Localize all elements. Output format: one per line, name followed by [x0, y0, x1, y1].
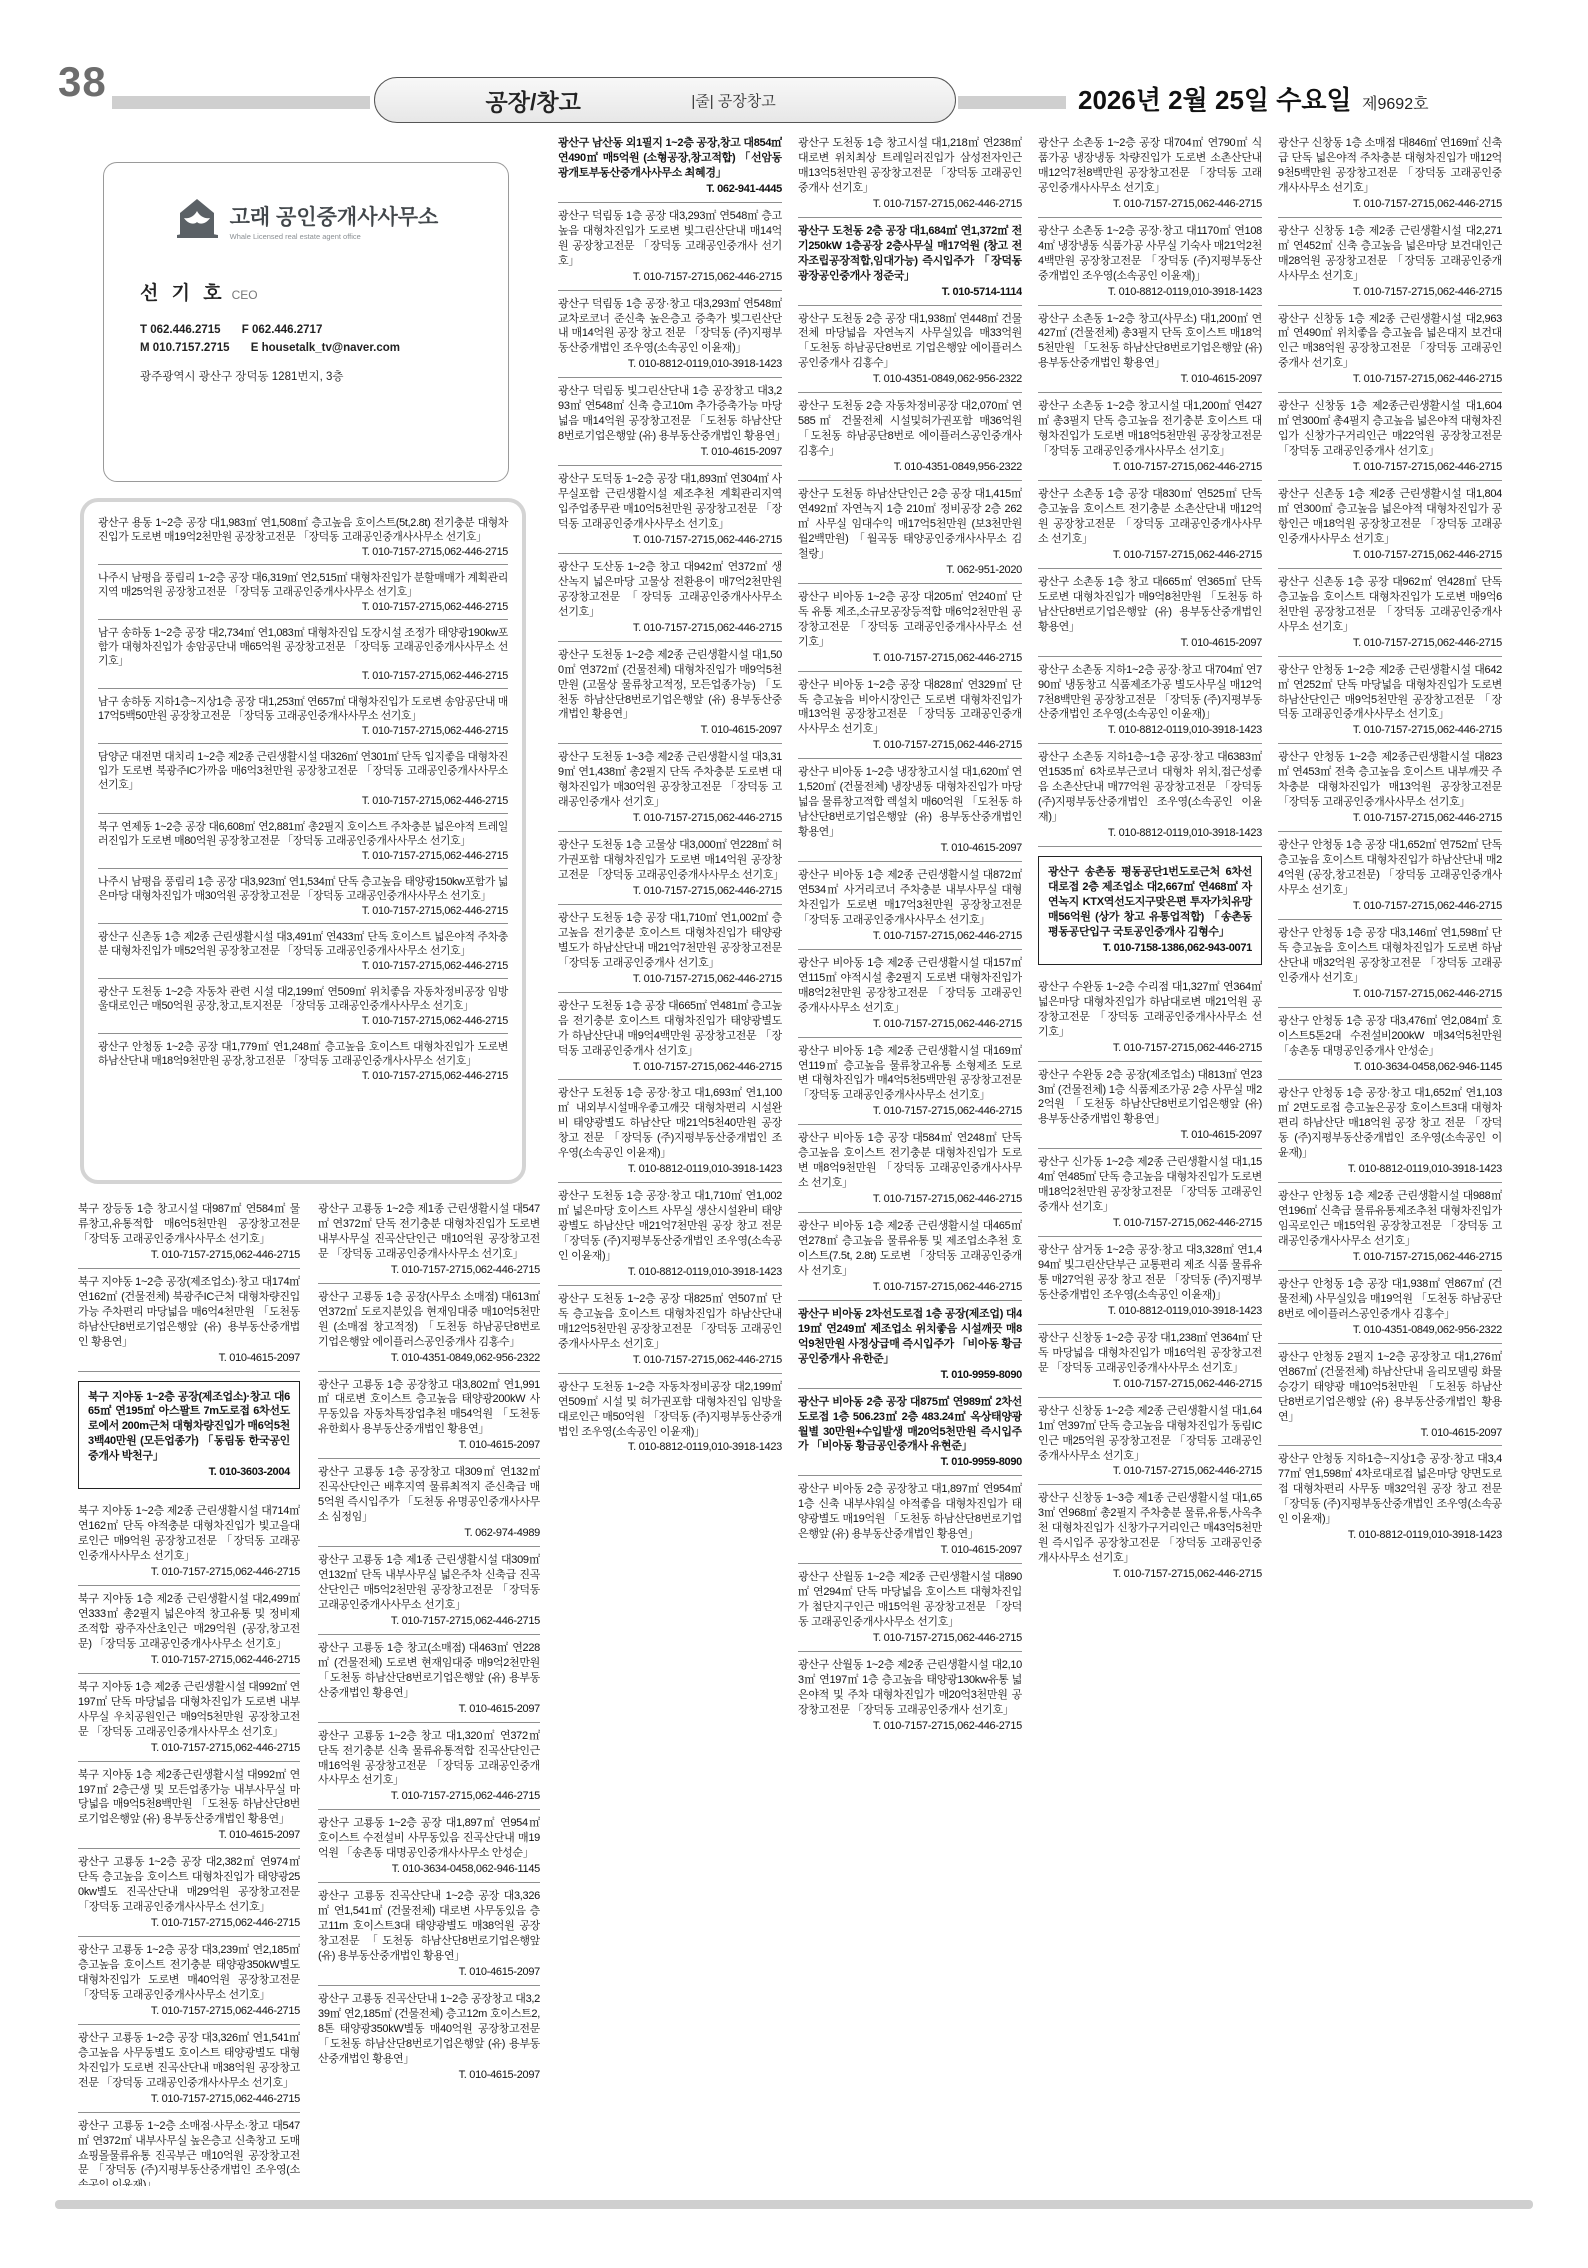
classified-ad: 광산구 고룡동 1층 공장(사무소 소매점) 대613㎡ 연372㎡ 도로지분있…: [318, 1284, 540, 1372]
ad-phone: T. 010-7157-2715,062-446-2715: [798, 197, 1022, 212]
ad-text: 광산구 신창동 1층 제2종 근린생활시설 대2,963㎡ 연490㎡ 위치좋음…: [1278, 313, 1502, 370]
ad-text: 광산구 산월동 1~2층 제2종 근린생활시설 대890㎡ 연294㎡ 단독 마…: [798, 1571, 1022, 1628]
ad-phone: T. 010-7157-2715,062-446-2715: [98, 904, 508, 918]
ad-phone: T. 010-7157-2715,062-446-2715: [1038, 548, 1262, 563]
classified-ad: 북구 지야동 1층 제2종 근린생활시설 대992㎡ 연197㎡ 단독 마당넓음…: [78, 1674, 300, 1762]
ad-text: 북구 지야동 1층 제2종 근린생활시설 대2,499㎡ 연333㎡ 총2필지 …: [78, 1593, 300, 1650]
whale-house-logo-icon: [174, 197, 220, 244]
ad-text: 광산구 비아동 1~2층 공장 대828㎡ 연329㎡ 단독 층고높음 비아시장…: [798, 679, 1022, 736]
classified-ad: 광산구 안청동 1층 공장 대3,476㎡ 연2,084㎡ 호이스트5톤2대 수…: [1278, 1008, 1502, 1081]
card-fax: F 062.446.2717: [242, 324, 323, 336]
ad-text: 광산구 수완동 1~2층 수리점 대1,327㎡ 연364㎡ 넓은마당 대형차진…: [1038, 981, 1262, 1038]
ad-phone: T. 010-4351-0849,062-956-2322: [1278, 1323, 1502, 1338]
classified-ad: 광산구 안청동 1층 공장 대1,938㎡ 연867㎡ (건물전체) 사무실있음…: [1278, 1271, 1502, 1344]
classified-ad: 광산구 수완동 1~2층 수리점 대1,327㎡ 연364㎡ 넓은마당 대형차진…: [1038, 974, 1262, 1062]
classified-ad: 광산구 도천동 1~2층 자동차정비공장 대2,199㎡ 연509㎡ 시설 및 …: [558, 1374, 782, 1461]
ad-text: 광산구 안청동 1층 공장 대3,476㎡ 연2,084㎡ 호이스트5톤2대 수…: [1278, 1015, 1502, 1057]
classified-ad: 북구 연제동 1~2층 공장 대6,608㎡ 연2,881㎡ 총2필지 호이스트…: [98, 814, 508, 869]
classified-ad: 광산구 남산동 외1필지 1~2층 공장,창고 대854㎡ 연490㎡ 매5억원…: [558, 130, 782, 203]
newspaper-page: 38 공장/창고 |줄| 공장창고 2026년 2월 25일 수요일 제9692…: [0, 0, 1588, 2268]
ad-phone: T. 010-7157-2715,062-446-2715: [1038, 1041, 1262, 1056]
ad-phone: T. 010-8812-0119,010-3918-1423: [1038, 285, 1262, 300]
ad-text: 광산구 안청동 1층 공장 대3,146㎡ 연1,598㎡ 단독 층고높음 호이…: [1278, 927, 1502, 984]
classified-ad: 북구 장등동 1층 창고시설 대987㎡ 연584㎡ 물류창고,유통적합 매6억…: [78, 1196, 300, 1269]
classified-ad: 광산구 비아동 1~2층 공장 대828㎡ 연329㎡ 단독 층고높음 비아시장…: [798, 672, 1022, 760]
ad-phone: T. 010-7157-2715,062-446-2715: [318, 1614, 540, 1629]
ad-text: 남구 송하동 지하1층~지상1층 공장 대1,253㎡ 연657㎡ 대형차진입가…: [98, 696, 508, 722]
ad-text: 광산구 신촌동 1층 제2종 근린생활시설 대3,491㎡ 연433㎡ 단독 호…: [98, 931, 508, 957]
classified-ad: 북구 지야동 1~2층 공장(제조업소)·창고 대174㎡ 연162㎡ (건물전…: [78, 1269, 300, 1372]
ad-phone: T. 010-7157-2715,062-446-2715: [798, 929, 1022, 944]
ad-text: 광산구 고룡동 1~2층 창고 대1,320㎡ 연372㎡ 단독 전기충분 신축…: [318, 1730, 540, 1787]
column-2: 광산구 고룡동 1~2층 제1종 근린생활시설 대547㎡ 연372㎡ 단독 전…: [318, 1196, 540, 2186]
ad-text: 북구 지야동 1층 제2종 근린생활시설 대992㎡ 연197㎡ 단독 마당넓음…: [78, 1681, 300, 1738]
ad-phone: T. 010-7157-2715,062-446-2715: [1278, 636, 1502, 651]
classified-ad: 광산구 신창동 1~3층 제1종 근린생활시설 대1,653㎡ 연968㎡ 총2…: [1038, 1485, 1262, 1587]
ad-phone: T. 010-7157-2715,062-446-2715: [78, 2004, 300, 2019]
ad-text: 광산구 비아동 1~2층 냉장창고시설 대1,620㎡ 연1,520㎡ (건물전…: [798, 766, 1022, 838]
ad-text: 광산구 고룡동 1~2층 제1종 근린생활시설 대547㎡ 연372㎡ 단독 전…: [318, 1203, 540, 1260]
ad-text: 광산구 소촌동 1~2층 공장·창고 대1170㎡ 연1084㎡ 냉장냉동 식품…: [1038, 225, 1262, 282]
ad-phone: T. 010-7157-2715,062-446-2715: [98, 1014, 508, 1028]
ad-text: 광산구 소촌동 1층 창고 대665㎡ 연365㎡ 단독 도로변 대형차진입가 …: [1038, 576, 1262, 633]
ad-text: 광산구 고룡동 1층 공장창고 대3,802㎡ 연1,991㎡ 대로변 호이스트…: [318, 1379, 540, 1436]
footer-rule: [55, 2200, 1533, 2209]
ad-phone: T. 010-7157-2715,062-446-2715: [98, 1069, 508, 1083]
ad-text: 광산구 안청동 1층 공장 대1,938㎡ 연867㎡ (건물전체) 사무실있음…: [1278, 1278, 1502, 1320]
header-rule-right: [958, 96, 1066, 109]
ad-phone: T. 010-7157-2715,062-446-2715: [558, 621, 782, 636]
ad-phone: T. 010-7157-2715,062-446-2715: [1278, 285, 1502, 300]
ad-text: 광산구 도천동 2층 공장 대1,938㎡ 연448㎡ 건물전체 마당넓음 자연…: [798, 313, 1022, 370]
classified-ad: 나주시 남평읍 풍림리 1층 공장 대3,923㎡ 연1,534㎡ 단독 층고높…: [98, 869, 508, 924]
agency-name: 고래 공인중개사사무소: [230, 201, 439, 231]
ceo-name: 선 기 호: [140, 283, 226, 304]
classified-ad: 광산구 안청동 지하1층~지상1층 공장·창고 대3,477㎡ 연1,598㎡ …: [1278, 1446, 1502, 1548]
ad-phone: T. 010-4615-2097: [78, 1351, 300, 1366]
ad-text: 광산구 고룡동 1층 공장창고 대309㎡ 연132㎡ 진곡산단인근 배후지역 …: [318, 1466, 540, 1523]
ad-text: 나주시 남평읍 풍림리 1~2층 공장 대6,319㎡ 연2,515㎡ 대형차진…: [98, 572, 508, 598]
classified-ad: 광산구 신촌동 1층 제2종 근린생활시설 대1,804㎡ 연300㎡ 층고높음…: [1278, 481, 1502, 569]
ad-phone: T. 010-7157-2715,062-446-2715: [558, 884, 782, 899]
column-3: 광산구 남산동 외1필지 1~2층 공장,창고 대854㎡ 연490㎡ 매5억원…: [558, 130, 782, 2186]
ad-text: 광산구 안청동 1층 공장·창고 대1,652㎡ 연1,103㎡ 2면도로접 층…: [1278, 1087, 1502, 1159]
ad-text: 광산구 도천동 1~2층 공장 대825㎡ 연507㎡ 단독 층고높음 호이스트…: [558, 1293, 782, 1350]
ad-text: 광산구 도천동 1층 공장·창고 대1,693㎡ 연1,100㎡ 내외부시설매우…: [558, 1087, 782, 1159]
classified-ad: 담양군 대전면 대치리 1~2층 제2종 근린생활시설 대326㎡ 연301㎡ …: [98, 744, 508, 813]
classified-ad: 광산구 비아동 1층 공장 대584㎡ 연248㎡ 단독 층고높음 호이스트 전…: [798, 1125, 1022, 1213]
ad-text: 광산구 소촌동 1~2층 창고시설 대1,200㎡ 연427㎡ 총3필지 단독 …: [1038, 400, 1262, 457]
ad-phone: T. 010-7157-2715,062-446-2715: [98, 669, 508, 683]
ad-phone: T. 010-8812-0119,010-3918-1423: [1038, 826, 1262, 841]
ad-phone: T. 010-7157-2715,062-446-2715: [98, 545, 508, 559]
classified-ad: 광산구 소촌동 1층 공장 대830㎡ 연525㎡ 단독 층고높음 호이스트 전…: [1038, 481, 1262, 569]
section-title: 공장/창고: [375, 84, 691, 117]
classified-ad: 광산구 소촌동 지하1층~1층 공장·창고 대6383㎡ 연1535㎡ 6차로부…: [1038, 744, 1262, 847]
ad-phone: T. 010-9959-8090: [798, 1368, 1022, 1383]
ad-phone: T. 010-7157-2715,062-446-2715: [558, 1060, 782, 1075]
classified-ad: 광산구 소촌동 1층 창고 대665㎡ 연365㎡ 단독 도로변 대형차진입가 …: [1038, 569, 1262, 657]
ad-text: 광산구 도천동 1층 공장·창고 대1,710㎡ 연1,002㎡ 넓은마당 호이…: [558, 1190, 782, 1262]
ad-phone: T. 010-7157-2715,062-446-2715: [798, 1104, 1022, 1119]
ad-text: 광산구 도천동 1~3층 제2종 근린생활시설 대3,319㎡ 연1,438㎡ …: [558, 751, 782, 808]
ad-phone: T. 010-7157-2715,062-446-2715: [558, 972, 782, 987]
classified-ad: 광산구 도천동 1층 창고시설 대1,218㎡ 연238㎡ 대로변 위치최상 트…: [798, 130, 1022, 218]
classified-ad: 광산구 산월동 1~2층 제2종 근린생활시설 대890㎡ 연294㎡ 단독 마…: [798, 1564, 1022, 1652]
ad-text: 광산구 신창동 1~2층 공장 대1,238㎡ 연364㎡ 단독 마당넓음 대형…: [1038, 1332, 1262, 1374]
ad-phone: T. 010-4615-2097: [1038, 372, 1262, 387]
ad-phone: T. 010-7157-2715,062-446-2715: [798, 1719, 1022, 1734]
ad-phone: T. 010-7157-2715,062-446-2715: [798, 1017, 1022, 1032]
classified-ad: 광산구 소촌동 1~2층 공장·창고 대1170㎡ 연1084㎡ 냉장냉동 식품…: [1038, 218, 1262, 306]
ad-phone: T. 010-7157-2715,062-446-2715: [558, 533, 782, 548]
featured-ads-box: 광산구 용동 1~2층 공장 대1,983㎡ 연1,508㎡ 층고높음 호이스트…: [80, 498, 526, 1184]
classified-ad: 광산구 고룡동 1~2층 공장 대2,382㎡ 연974㎡ 단독 층고높음 호이…: [78, 1849, 300, 1937]
classified-ad: 광산구 도천동 2층 자동차정비공장 대2,070㎡ 연585㎡ 건물전체 시설…: [798, 393, 1022, 481]
classified-ad: 광산구 고룡동 1~2층 공장 대3,326㎡ 연1,541㎡ 층고높음 사무동…: [78, 2025, 300, 2113]
ad-text: 광산구 안청동 지하1층~지상1층 공장·창고 대3,477㎡ 연1,598㎡ …: [1278, 1453, 1502, 1525]
ad-text: 광산구 소촌동 1층 공장 대830㎡ 연525㎡ 단독 층고높음 호이스트 전…: [1038, 488, 1262, 545]
ad-text: 광산구 송촌동 평동공단1번도로근처 6차선 대로접 2층 제조업소 대2,66…: [1048, 866, 1252, 938]
ad-text: 광산구 신촌동 1층 제2종 근린생활시설 대1,804㎡ 연300㎡ 층고높음…: [1278, 488, 1502, 545]
classified-ad: 광산구 고룡동 진곡산단내 1~2층 공장창고 대3,239㎡ 연2,185㎡ …: [318, 1986, 540, 2088]
classified-ad: 광산구 신창동 1~2층 제2종 근린생활시설 대1,641㎡ 연397㎡ 단독…: [1038, 1398, 1262, 1486]
business-card-ad: 고래 공인중개사사무소 Whale Licensed real estate a…: [103, 162, 509, 482]
ad-text: 담양군 대전면 대치리 1~2층 제2종 근린생활시설 대326㎡ 연301㎡ …: [98, 751, 508, 791]
classified-ad: 광산구 소촌동 1~2층 창고(사무소) 대1,200㎡ 연427㎡ (건물전체…: [1038, 306, 1262, 394]
ad-phone: T. 010-7157-2715,062-446-2715: [1278, 548, 1502, 563]
ad-phone: T. 010-7157-2715,062-446-2715: [558, 811, 782, 826]
ad-phone: T. 010-4615-2097: [558, 723, 782, 738]
classified-ad: 광산구 신촌동 1층 공장 대962㎡ 연428㎡ 단독 층고높음 호이스트 대…: [1278, 569, 1502, 657]
ad-text: 북구 지야동 1~2층 제2종 근린생활시설 대714㎡ 연162㎡ 단독 야적…: [78, 1505, 300, 1562]
classified-ad: 북구 지야동 1~2층 제2종 근린생활시설 대714㎡ 연162㎡ 단독 야적…: [78, 1498, 300, 1586]
classified-ad: 광산구 고룡동 1층 제1종 근린생활시설 대309㎡ 연132㎡ 단독 내부사…: [318, 1547, 540, 1635]
ad-text: 광산구 안청동 1~2층 제2종 근린생활시설 대642㎡ 연252㎡ 단독 마…: [1278, 664, 1502, 721]
ad-text: 광산구 삼거동 1~2층 공장·창고 대3,328㎡ 연1,494㎡ 빛그린산단…: [1038, 1244, 1262, 1301]
card-mobile: M 010.7157.2715: [140, 342, 230, 354]
card-email: E housetalk_tv@naver.com: [251, 342, 400, 354]
ad-phone: T. 010-4615-2097: [318, 1965, 540, 1980]
ad-phone: T. 010-7157-2715,062-446-2715: [798, 738, 1022, 753]
classified-ad: 광산구 비아동 1층 제2종 근린생활시설 대465㎡ 연278㎡ 층고높음 물…: [798, 1213, 1022, 1301]
ad-phone: T. 010-7157-2715,062-446-2715: [1038, 460, 1262, 475]
ad-text: 북구 장등동 1층 창고시설 대987㎡ 연584㎡ 물류창고,유통적합 매6억…: [78, 1203, 300, 1245]
classified-ad: 광산구 비아동 2층 공장 대875㎡ 연989㎡ 2차선도로접 1층 506.…: [798, 1389, 1022, 1477]
classified-ad: 나주시 남평읍 풍림리 1~2층 공장 대6,319㎡ 연2,515㎡ 대형차진…: [98, 565, 508, 620]
ad-phone: T. 010-7157-2715,062-446-2715: [78, 1565, 300, 1580]
ad-text: 광산구 안청동 2필지 1~2층 공장창고 대1,276㎡ 연867㎡ (건물전…: [1278, 1351, 1502, 1423]
classified-ad: 광산구 신창동 1층 제2종 근린생활시설 대2,963㎡ 연490㎡ 위치좋음…: [1278, 306, 1502, 394]
classified-ad: 광산구 비아동 1~2층 냉장창고시설 대1,620㎡ 연1,520㎡ (건물전…: [798, 759, 1022, 862]
ad-phone: T. 010-7157-2715,062-446-2715: [1038, 1464, 1262, 1479]
classified-ad: 광산구 신창동 1층 소매점 대846㎡ 연169㎡ 신축급 단독 넓은야적 주…: [1278, 130, 1502, 218]
date-line: 2026년 2월 25일 수요일 제9692호: [1078, 80, 1429, 117]
ad-phone: T. 010-4351-0849,956-2322: [798, 460, 1022, 475]
ad-phone: T. 010-7157-2715,062-446-2715: [1038, 1567, 1262, 1582]
classified-ad: 광산구 신촌동 1층 제2종 근린생활시설 대3,491㎡ 연433㎡ 단독 호…: [98, 924, 508, 979]
ad-phone: T. 010-8812-0119,010-3918-1423: [1038, 1304, 1262, 1319]
ad-text: 광산구 도천동 1~2층 자동차정비공장 대2,199㎡ 연509㎡ 시설 및 …: [558, 1381, 782, 1438]
ad-phone: T. 010-4615-2097: [798, 1543, 1022, 1558]
ad-phone: T. 010-7157-2715,062-446-2715: [78, 1653, 300, 1668]
ad-text: 광산구 고룡동 진곡산단내 1~2층 공장창고 대3,239㎡ 연2,185㎡ …: [318, 1993, 540, 2065]
classified-ad: 광산구 비아동 2층 공장창고 대1,897㎡ 연954㎡ 1층 신축 내부샤워…: [798, 1476, 1022, 1564]
ad-phone: T. 010-7158-1386,062-943-0071: [1048, 941, 1252, 956]
classified-ad: 광산구 고룡동 1층 창고(소매점) 대463㎡ 연228㎡ (건물전체) 도로…: [318, 1635, 540, 1723]
ad-phone: T. 010-7157-2715,062-446-2715: [1278, 987, 1502, 1002]
ad-text: 광산구 신가동 1~2층 제2종 근린생활시설 대1,154㎡ 연485㎡ 단독…: [1038, 1156, 1262, 1213]
ad-text: 광산구 비아동 1층 제2종 근린생활시설 대465㎡ 연278㎡ 층고높음 물…: [798, 1220, 1022, 1277]
ad-phone: T. 062-941-4445: [558, 182, 782, 197]
classified-ad: 광산구 비아동 1층 제2종 근린생활시설 대872㎡ 연534㎡ 사거리코너 …: [798, 862, 1022, 950]
ad-text: 광산구 도덕동 1~2층 공장 대1,893㎡ 연304㎡ 사무실포함 근린생활…: [558, 473, 782, 530]
ad-phone: T. 010-7157-2715,062-446-2715: [98, 959, 508, 973]
ad-text: 광산구 소촌동 지하1~2층 공장·창고 대704㎡ 연790㎡ 냉동창고 식품…: [1038, 664, 1262, 721]
agency-name-en: Whale Licensed real estate agent office: [230, 232, 439, 241]
ad-phone: T. 010-8812-0119,010-3918-1423: [558, 357, 782, 372]
ad-text: 광산구 비아동 1층 제2종 근린생활시설 대157㎡ 연115㎡ 야적시설 총…: [798, 957, 1022, 1014]
classified-ad: 광산구 도천동 1층 공장·창고 대1,710㎡ 연1,002㎡ 넓은마당 호이…: [558, 1183, 782, 1286]
ad-phone: T. 010-7157-2715,062-446-2715: [558, 270, 782, 285]
classified-ad: 북구 지야동 1층 제2종근린생활시설 대992㎡ 연197㎡ 2층근생 및 모…: [78, 1762, 300, 1850]
ad-text: 광산구 용동 1~2층 공장 대1,983㎡ 연1,508㎡ 층고높음 호이스트…: [98, 517, 508, 543]
issue-date: 2026년 2월 25일 수요일: [1078, 85, 1352, 115]
classified-ad: 광산구 도덕동 1~2층 공장 대1,893㎡ 연304㎡ 사무실포함 근린생활…: [558, 466, 782, 554]
ad-phone: T. 010-3634-0458,062-946-1145: [318, 1862, 540, 1877]
classified-ad: 광산구 안청동 1층 공장 대1,652㎡ 연752㎡ 단독 층고높음 호이스트…: [1278, 832, 1502, 920]
ad-phone: T. 010-8812-0119,010-3918-1423: [558, 1265, 782, 1280]
classified-ad: 광산구 안청동 1~2층 제2종 근린생활시설 대642㎡ 연252㎡ 단독 마…: [1278, 657, 1502, 745]
classified-ad: 광산구 도천동 1층 공장 대1,710㎡ 연1,002㎡ 층고높음 전기충분 …: [558, 905, 782, 993]
classified-ad: 광산구 신창동 1층 제2종근린생활시설 대1,604㎡ 연300㎡ 총4필지 …: [1278, 393, 1502, 481]
ad-text: 광산구 비아동 2층 공장창고 대1,897㎡ 연954㎡ 1층 신축 내부샤워…: [798, 1483, 1022, 1540]
ad-text: 광산구 도천동 1층 공장 대1,710㎡ 연1,002㎡ 층고높음 전기충분 …: [558, 912, 782, 969]
ad-text: 광산구 도천동 하남산단인근 2층 공장 대1,415㎡ 연492㎡ 자연녹지 …: [798, 488, 1022, 560]
ad-phone: T. 010-7157-2715,062-446-2715: [798, 1192, 1022, 1207]
ad-phone: T. 010-7157-2715,062-446-2715: [1278, 723, 1502, 738]
ad-text: 광산구 덕림동 빛그린산단내 1층 공장창고 대3,293㎡ 연548㎡ 신축 …: [558, 385, 782, 442]
classified-ad: 광산구 신창동 1~2층 공장 대1,238㎡ 연364㎡ 단독 마당넓음 대형…: [1038, 1325, 1262, 1398]
ad-phone: T. 010-7157-2715,062-446-2715: [1278, 460, 1502, 475]
ad-text: 광산구 신창동 1층 제2종근린생활시설 대1,604㎡ 연300㎡ 총4필지 …: [1278, 400, 1502, 457]
classified-ad: 광산구 고룡동 1층 공장창고 대3,802㎡ 연1,991㎡ 대로변 호이스트…: [318, 1372, 540, 1460]
ad-text: 광산구 신창동 1~3층 제1종 근린생활시설 대1,653㎡ 연968㎡ 총2…: [1038, 1492, 1262, 1564]
ad-text: 광산구 고룡동 1층 창고(소매점) 대463㎡ 연228㎡ (건물전체) 도로…: [318, 1642, 540, 1699]
classified-ad: 광산구 도천동 하남산단인근 2층 공장 대1,415㎡ 연492㎡ 자연녹지 …: [798, 481, 1022, 584]
classified-ad: 광산구 삼거동 1~2층 공장·창고 대3,328㎡ 연1,494㎡ 빛그린산단…: [1038, 1237, 1262, 1325]
ad-text: 광산구 도천동 2층 공장 대1,684㎡ 연1,372㎡ 전기250kW 1층…: [798, 225, 1022, 282]
ad-text: 광산구 고룡동 1~2층 소매점·사무소·창고 대547㎡ 연372㎡ 내부사무…: [78, 2120, 300, 2186]
page-number: 38: [58, 58, 107, 106]
ad-phone: T. 010-7157-2715,062-446-2715: [1278, 1250, 1502, 1265]
classified-ad: 광산구 도천동 2층 공장 대1,938㎡ 연448㎡ 건물전체 마당넓음 자연…: [798, 306, 1022, 394]
classified-ad: 광산구 고룡동 1~2층 제1종 근린생활시설 대547㎡ 연372㎡ 단독 전…: [318, 1196, 540, 1284]
classified-ad: 광산구 고룡동 1~2층 소매점·사무소·창고 대547㎡ 연372㎡ 내부사무…: [78, 2113, 300, 2186]
ad-phone: T. 010-7157-2715,062-446-2715: [98, 600, 508, 614]
ad-text: 북구 지야동 1~2층 공장(제조업소)·창고 대174㎡ 연162㎡ (건물전…: [78, 1276, 300, 1348]
ad-text: 광산구 도천동 1층 고물상 대3,000㎡ 연228㎡ 허가권포함 대형차진입…: [558, 839, 782, 881]
classified-ad: 광산구 비아동 1층 제2종 근린생활시설 대169㎡ 연119㎡ 층고높음 물…: [798, 1038, 1022, 1126]
classified-ad: 광산구 도천동 1층 고물상 대3,000㎡ 연228㎡ 허가권포함 대형차진입…: [558, 832, 782, 905]
classified-ad: 광산구 도천동 1~3층 제2종 근린생활시설 대3,319㎡ 연1,438㎡ …: [558, 744, 782, 832]
ad-phone: T. 010-7157-2715,062-446-2715: [318, 1263, 540, 1278]
classified-ad: 광산구 안청동 1~2층 제2종근린생활시설 대823㎡ 연453㎡ 전축 층고…: [1278, 744, 1502, 832]
classified-ad: 광산구 도산동 1~2층 창고 대942㎡ 연372㎡ 생산녹지 넓은마당 고물…: [558, 554, 782, 642]
card-tel: T 062.446.2715: [140, 324, 221, 336]
classified-ad: 광산구 도천동 1~2층 자동차 관련 시설 대2,199㎡ 연509㎡ 위치좋…: [98, 979, 508, 1034]
classified-ad: 광산구 도천동 1~2층 제2종 근린생활시설 대1,500㎡ 연372㎡ (건…: [558, 642, 782, 745]
ad-phone: T. 010-4615-2097: [1278, 1426, 1502, 1441]
ad-phone: T. 010-8812-0119,010-3918-1423: [558, 1440, 782, 1455]
ad-phone: T. 010-7157-2715,062-446-2715: [1038, 197, 1262, 212]
ad-text: 광산구 신창동 1층 소매점 대846㎡ 연169㎡ 신축급 단독 넓은야적 주…: [1278, 137, 1502, 194]
ad-text: 광산구 비아동 1층 제2종 근린생활시설 대872㎡ 연534㎡ 사거리코너 …: [798, 869, 1022, 926]
classified-ad: 광산구 용동 1~2층 공장 대1,983㎡ 연1,508㎡ 층고높음 호이스트…: [98, 510, 508, 565]
ad-text: 광산구 소촌동 지하1층~1층 공장·창고 대6383㎡ 연1535㎡ 6차로부…: [1038, 751, 1262, 823]
ad-text: 북구 지야동 1~2층 공장(제조업소)·창고 대665㎡ 연195㎡ 아스팔트…: [88, 1391, 290, 1463]
ceo-title: CEO: [232, 288, 258, 302]
ad-phone: T. 010-4351-0849,062-956-2322: [318, 1351, 540, 1366]
classified-ad: 광산구 도천동 1~2층 공장 대825㎡ 연507㎡ 단독 층고높음 호이스트…: [558, 1286, 782, 1374]
ad-phone: T. 010-4615-2097: [318, 1438, 540, 1453]
ad-phone: T. 010-7157-2715,062-446-2715: [798, 1631, 1022, 1646]
ad-text: 광산구 안청동 1~2층 공장 대1,779㎡ 연1,248㎡ 층고높음 호이스…: [98, 1041, 508, 1067]
classified-ad: 광산구 고룡동 1층 공장창고 대309㎡ 연132㎡ 진곡산단인근 배후지역 …: [318, 1459, 540, 1547]
ad-phone: T. 062-951-2020: [798, 563, 1022, 578]
column-6: 광산구 신창동 1층 소매점 대846㎡ 연169㎡ 신축급 단독 넓은야적 주…: [1278, 130, 1502, 2186]
ad-phone: T. 010-7157-2715,062-446-2715: [78, 2092, 300, 2107]
ad-phone: T. 010-8812-0119,010-3918-1423: [1038, 723, 1262, 738]
ad-text: 광산구 신창동 1~2층 제2종 근린생활시설 대1,641㎡ 연397㎡ 단독…: [1038, 1405, 1262, 1462]
ad-phone: T. 010-7157-2715,062-446-2715: [558, 1353, 782, 1368]
ad-text: 광산구 비아동 1층 제2종 근린생활시설 대169㎡ 연119㎡ 층고높음 물…: [798, 1045, 1022, 1102]
classified-ad: 북구 지야동 1~2층 공장(제조업소)·창고 대665㎡ 연195㎡ 아스팔트…: [78, 1381, 300, 1490]
classified-ad: 광산구 도천동 2층 공장 대1,684㎡ 연1,372㎡ 전기250kW 1층…: [798, 218, 1022, 306]
classified-ad: 광산구 안청동 1층 제2종 근린생활시설 대988㎡ 연196㎡ 신축급 물류…: [1278, 1183, 1502, 1271]
ad-text: 광산구 비아동 2차선도로접 1층 공장(제조업) 대419㎡ 연249㎡ 제조…: [798, 1308, 1022, 1365]
ad-phone: T. 010-7157-2715,062-446-2715: [1038, 1216, 1262, 1231]
classified-ad: 광산구 안청동 2필지 1~2층 공장창고 대1,276㎡ 연867㎡ (건물전…: [1278, 1344, 1502, 1447]
ad-phone: T. 010-4615-2097: [558, 445, 782, 460]
classified-ad: 남구 송하동 지하1층~지상1층 공장 대1,253㎡ 연657㎡ 대형차진입가…: [98, 689, 508, 744]
ad-text: 북구 지야동 1층 제2종근린생활시설 대992㎡ 연197㎡ 2층근생 및 모…: [78, 1769, 300, 1826]
ad-text: 광산구 고룡동 1~2층 공장 대3,239㎡ 연2,185㎡ 층고높음 호이스…: [78, 1944, 300, 2001]
ad-text: 광산구 도천동 1~2층 자동차 관련 시설 대2,199㎡ 연509㎡ 위치좋…: [98, 986, 508, 1012]
ad-text: 광산구 고룡동 진곡산단내 1~2층 공장 대3,326㎡ 연1,541㎡ (건…: [318, 1890, 540, 1962]
classified-ad: 광산구 도천동 1층 공장 대665㎡ 연481㎡ 층고높음 전기충분 호이스트…: [558, 993, 782, 1081]
classified-ad: 북구 지야동 1층 제2종 근린생활시설 대2,499㎡ 연333㎡ 총2필지 …: [78, 1586, 300, 1674]
section-subtitle: |줄| 공장창고: [691, 90, 955, 111]
ad-text: 나주시 남평읍 풍림리 1층 공장 대3,923㎡ 연1,534㎡ 단독 층고높…: [98, 876, 508, 902]
ad-text: 북구 연제동 1~2층 공장 대6,608㎡ 연2,881㎡ 총2필지 호이스트…: [98, 821, 508, 847]
ad-phone: T. 010-7157-2715,062-446-2715: [1278, 372, 1502, 387]
ad-phone: T. 010-7157-2715,062-446-2715: [98, 849, 508, 863]
ad-text: 광산구 고룡동 1~2층 공장 대1,897㎡ 연954㎡ 호이스트 수전설비 …: [318, 1817, 540, 1859]
classified-ad: 광산구 비아동 2차선도로접 1층 공장(제조업) 대419㎡ 연249㎡ 제조…: [798, 1301, 1022, 1389]
header-rule-left: [112, 96, 370, 109]
ad-text: 광산구 고룡동 1층 공장(사무소 소매점) 대613㎡ 연372㎡ 도로지분있…: [318, 1291, 540, 1348]
ad-text: 광산구 도천동 1~2층 제2종 근린생활시설 대1,500㎡ 연372㎡ (건…: [558, 649, 782, 721]
classified-ad: 광산구 신가동 1~2층 제2종 근린생활시설 대1,154㎡ 연485㎡ 단독…: [1038, 1149, 1262, 1237]
ad-phone: T. 010-4615-2097: [78, 1828, 300, 1843]
ad-phone: T. 010-3603-2004: [88, 1465, 290, 1480]
ad-phone: T. 010-7157-2715,062-446-2715: [1278, 197, 1502, 212]
ad-phone: T. 010-7157-2715,062-446-2715: [1278, 899, 1502, 914]
ad-phone: T. 010-4615-2097: [1038, 636, 1262, 651]
classified-ad: 광산구 송촌동 평동공단1번도로근처 6차선 대로접 2층 제조업소 대2,66…: [1038, 856, 1262, 965]
ad-text: 광산구 신창동 1층 제2종 근린생활시설 대2,271㎡ 연452㎡ 신축 층…: [1278, 225, 1502, 282]
ad-phone: T. 010-7157-2715,062-446-2715: [98, 794, 508, 808]
ad-text: 광산구 신촌동 1층 공장 대962㎡ 연428㎡ 단독 층고높음 호이스트 대…: [1278, 576, 1502, 633]
ad-text: 광산구 안청동 1층 제2종 근린생활시설 대988㎡ 연196㎡ 신축급 물류…: [1278, 1190, 1502, 1247]
ad-text: 광산구 고룡동 1층 제1종 근린생활시설 대309㎡ 연132㎡ 단독 내부사…: [318, 1554, 540, 1611]
ad-text: 광산구 비아동 1~2층 공장 대205㎡ 연240㎡ 단독 유통 제조,소규모…: [798, 591, 1022, 648]
ad-text: 광산구 도산동 1~2층 창고 대942㎡ 연372㎡ 생산녹지 넓은마당 고물…: [558, 561, 782, 618]
ad-phone: T. 062-974-4989: [318, 1526, 540, 1541]
column-1: 북구 장등동 1층 창고시설 대987㎡ 연584㎡ 물류창고,유통적합 매6억…: [78, 1196, 300, 2186]
section-banner: 공장/창고 |줄| 공장창고: [374, 77, 956, 123]
classified-ad: 광산구 수완동 2층 공장(제조업소) 대813㎡ 연233㎡ (건물전체) 1…: [1038, 1062, 1262, 1150]
ad-phone: T. 010-7157-2715,062-446-2715: [98, 724, 508, 738]
ad-phone: T. 010-8812-0119,010-3918-1423: [1278, 1528, 1502, 1543]
classified-ad: 광산구 고룡동 1~2층 공장 대3,239㎡ 연2,185㎡ 층고높음 호이스…: [78, 1937, 300, 2025]
ad-phone: T. 010-9959-8090: [798, 1455, 1022, 1470]
ad-text: 광산구 남산동 외1필지 1~2층 공장,창고 대854㎡ 연490㎡ 매5억원…: [558, 137, 782, 179]
ad-phone: T. 010-4351-0849,062-956-2322: [798, 372, 1022, 387]
classified-ad: 광산구 고룡동 1~2층 공장 대1,897㎡ 연954㎡ 호이스트 수전설비 …: [318, 1810, 540, 1883]
ad-text: 광산구 덕림동 1층 공장·창고 대3,293㎡ 연548㎡ 교차로코너 준신축…: [558, 298, 782, 355]
ad-text: 광산구 비아동 2층 공장 대875㎡ 연989㎡ 2차선도로접 1층 506.…: [798, 1396, 1022, 1453]
ad-text: 광산구 도천동 2층 자동차정비공장 대2,070㎡ 연585㎡ 건물전체 시설…: [798, 400, 1022, 457]
ad-phone: T. 010-7157-2715,062-446-2715: [78, 1248, 300, 1263]
ad-text: 광산구 산월동 1~2층 제2종 근린생활시설 대2,103㎡ 연197㎡ 1층…: [798, 1659, 1022, 1716]
ad-text: 광산구 도천동 1층 공장 대665㎡ 연481㎡ 층고높음 전기충분 호이스트…: [558, 1000, 782, 1057]
ad-text: 광산구 고룡동 1~2층 공장 대3,326㎡ 연1,541㎡ 층고높음 사무동…: [78, 2032, 300, 2089]
classified-ad: 남구 송하동 1~2층 공장 대2,734㎡ 연1,083㎡ 대형차진입 도장시…: [98, 620, 508, 689]
classified-ad: 광산구 덕림동 1층 공장·창고 대3,293㎡ 연548㎡ 교차로코너 준신축…: [558, 291, 782, 379]
column-4: 광산구 도천동 1층 창고시설 대1,218㎡ 연238㎡ 대로변 위치최상 트…: [798, 130, 1022, 2186]
classified-ad: 광산구 소촌동 1~2층 창고시설 대1,200㎡ 연427㎡ 총3필지 단독 …: [1038, 393, 1262, 481]
ad-text: 남구 송하동 1~2층 공장 대2,734㎡ 연1,083㎡ 대형차진입 도장시…: [98, 627, 508, 667]
ad-phone: T. 010-7157-2715,062-446-2715: [1038, 1377, 1262, 1392]
classified-ad: 광산구 안청동 1~2층 공장 대1,779㎡ 연1,248㎡ 층고높음 호이스…: [98, 1034, 508, 1088]
ad-phone: T. 010-7157-2715,062-446-2715: [798, 651, 1022, 666]
column-5: 광산구 소촌동 1~2층 공장 대704㎡ 연790㎡ 식품가공 냉장냉동 차량…: [1038, 130, 1262, 2186]
ad-text: 광산구 비아동 1층 공장 대584㎡ 연248㎡ 단독 층고높음 호이스트 전…: [798, 1132, 1022, 1189]
ad-phone: T. 010-8812-0119,010-3918-1423: [558, 1162, 782, 1177]
classified-ad: 광산구 비아동 1~2층 공장 대205㎡ 연240㎡ 단독 유통 제조,소규모…: [798, 584, 1022, 672]
classified-ad: 광산구 안청동 1층 공장 대3,146㎡ 연1,598㎡ 단독 층고높음 호이…: [1278, 920, 1502, 1008]
ad-text: 광산구 소촌동 1~2층 공장 대704㎡ 연790㎡ 식품가공 냉장냉동 차량…: [1038, 137, 1262, 194]
ad-text: 광산구 고룡동 1~2층 공장 대2,382㎡ 연974㎡ 단독 층고높음 호이…: [78, 1856, 300, 1913]
ad-text: 광산구 덕림동 1층 공장 대3,293㎡ 연548㎡ 층고높음 대형차진입가 …: [558, 210, 782, 267]
ad-phone: T. 010-4615-2097: [1038, 1128, 1262, 1143]
classified-ad: 광산구 산월동 1~2층 제2종 근린생활시설 대2,103㎡ 연197㎡ 1층…: [798, 1652, 1022, 1739]
classified-ad: 광산구 신창동 1층 제2종 근린생활시설 대2,271㎡ 연452㎡ 신축 층…: [1278, 218, 1502, 306]
ad-text: 광산구 안청동 1층 공장 대1,652㎡ 연752㎡ 단독 층고높음 호이스트…: [1278, 839, 1502, 896]
classified-ad: 광산구 비아동 1층 제2종 근린생활시설 대157㎡ 연115㎡ 야적시설 총…: [798, 950, 1022, 1038]
ad-phone: T. 010-7157-2715,062-446-2715: [78, 1741, 300, 1756]
classified-ad: 광산구 덕림동 빛그린산단내 1층 공장창고 대3,293㎡ 연548㎡ 신축 …: [558, 378, 782, 466]
ad-phone: T. 010-7157-2715,062-446-2715: [78, 1916, 300, 1931]
ad-text: 광산구 소촌동 1~2층 창고(사무소) 대1,200㎡ 연427㎡ (건물전체…: [1038, 313, 1262, 370]
ad-phone: T. 010-4615-2097: [318, 1702, 540, 1717]
ad-text: 광산구 안청동 1~2층 제2종근린생활시설 대823㎡ 연453㎡ 전축 층고…: [1278, 751, 1502, 808]
ad-phone: T. 010-4615-2097: [798, 841, 1022, 856]
classified-ad: 광산구 고룡동 1~2층 창고 대1,320㎡ 연372㎡ 단독 전기충분 신축…: [318, 1723, 540, 1811]
card-address: 광주광역시 광산구 장덕동 1281번지, 3층: [140, 368, 508, 384]
